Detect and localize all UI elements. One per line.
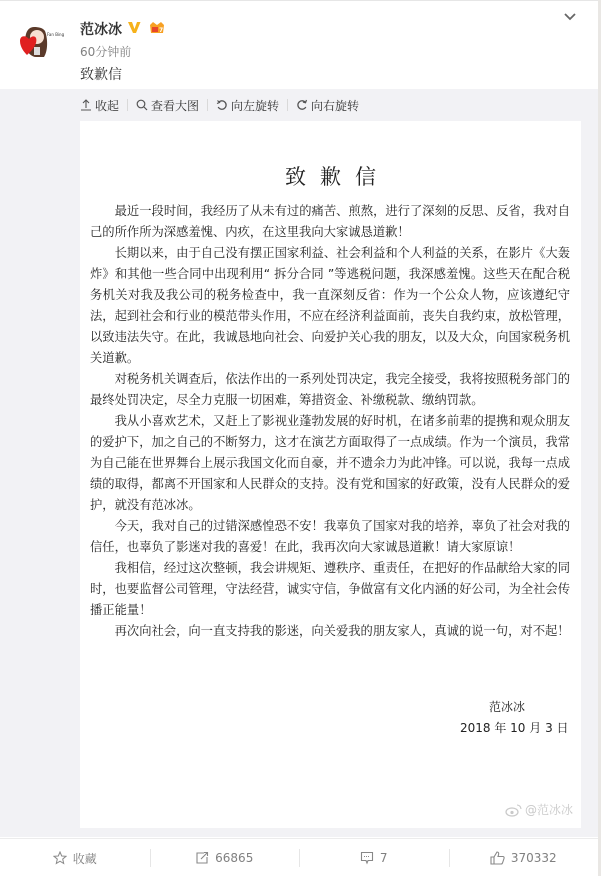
comment-icon bbox=[360, 851, 374, 865]
svg-text:7: 7 bbox=[159, 27, 163, 34]
rotate-left-icon bbox=[216, 99, 228, 111]
username[interactable]: 范冰冰 bbox=[80, 19, 122, 39]
chevron-down-icon[interactable] bbox=[562, 11, 578, 23]
rotate-right-button[interactable]: 向右旋转 bbox=[296, 97, 359, 114]
comment-count: 7 bbox=[380, 851, 388, 865]
action-bar: 收藏 66865 7 370332 bbox=[0, 838, 598, 876]
like-button[interactable]: 370332 bbox=[449, 847, 599, 869]
letter-signature: 范冰冰 bbox=[489, 698, 525, 715]
rotate-right-icon bbox=[296, 99, 308, 111]
weibo-watermark: @范冰冰 bbox=[505, 801, 573, 818]
post-time[interactable]: 60分钟前 bbox=[80, 43, 131, 60]
verified-v-icon bbox=[126, 19, 142, 35]
toolbar-divider bbox=[127, 99, 128, 111]
like-count: 370332 bbox=[511, 851, 557, 865]
letter-image[interactable]: 致歉信 最近一段时间，我经历了从未有过的痛苦、煎熬，进行了深刻的反思、反省，我对… bbox=[80, 121, 581, 828]
letter-body: 最近一段时间，我经历了从未有过的痛苦、煎熬，进行了深刻的反思、反省，我对自己的所… bbox=[90, 201, 570, 642]
rotate-right-label: 向右旋转 bbox=[311, 97, 359, 114]
repost-icon bbox=[195, 851, 209, 865]
letter-paragraph: 最近一段时间，我经历了从未有过的痛苦、煎熬，进行了深刻的反思、反省，我对自己的所… bbox=[90, 201, 570, 243]
view-large-label: 查看大图 bbox=[151, 97, 199, 114]
letter-paragraph: 我相信，经过这次整顿，我会讲规矩、遵秩序、重责任，在把好的作品献给大家的同时，也… bbox=[90, 558, 570, 621]
collapse-up-icon bbox=[80, 99, 92, 111]
image-toolbar: 收起 查看大图 向左旋转 向右旋转 bbox=[80, 97, 359, 113]
letter-paragraph: 再次向社会，向一直支持我的影迷，向关爱我的朋友家人，真诚的说一句，对不起！ bbox=[90, 621, 570, 642]
view-large-button[interactable]: 查看大图 bbox=[136, 97, 199, 114]
repost-count: 66865 bbox=[215, 851, 253, 865]
watermark-text: @范冰冰 bbox=[525, 801, 573, 818]
letter-paragraph: 我从小喜欢艺术，又赶上了影视业蓬勃发展的好时机，在诸多前辈的提携和观众朋友的爱护… bbox=[90, 411, 570, 516]
collapse-label: 收起 bbox=[95, 97, 119, 114]
post-text: 致歉信 bbox=[80, 64, 122, 84]
letter-date: 2018 年 10 月 3 日 bbox=[460, 719, 569, 736]
toolbar-divider bbox=[207, 99, 208, 111]
star-icon bbox=[53, 851, 67, 865]
collapse-button[interactable]: 收起 bbox=[80, 97, 119, 114]
favorite-button[interactable]: 收藏 bbox=[0, 847, 150, 869]
toolbar-divider bbox=[287, 99, 288, 111]
avatar-caption: Fan Bingbing bbox=[47, 32, 64, 37]
post-header: Fan Bingbing 范冰冰 7 60分钟前 致歉信 bbox=[0, 0, 598, 89]
favorite-label: 收藏 bbox=[73, 850, 97, 867]
thumbs-up-icon bbox=[490, 851, 505, 865]
letter-title: 致歉信 bbox=[80, 161, 581, 191]
avatar[interactable]: Fan Bingbing bbox=[12, 13, 64, 65]
rotate-left-button[interactable]: 向左旋转 bbox=[216, 97, 279, 114]
letter-paragraph: 长期以来，由于自己没有摆正国家利益、社会利益和个人利益的关系，在影片《大轰炸》和… bbox=[90, 243, 570, 369]
avatar-illustration-icon: Fan Bingbing bbox=[12, 13, 64, 65]
comment-button[interactable]: 7 bbox=[299, 847, 449, 869]
rotate-left-label: 向左旋转 bbox=[231, 97, 279, 114]
letter-paragraph: 对税务机关调查后，依法作出的一系列处罚决定，我完全接受，我将按照税务部门的最终处… bbox=[90, 369, 570, 411]
repost-button[interactable]: 66865 bbox=[150, 847, 300, 869]
weibo-logo-icon bbox=[505, 803, 523, 817]
crown-icon[interactable]: 7 bbox=[148, 18, 166, 36]
search-icon bbox=[136, 99, 148, 111]
letter-paragraph: 今天，我对自己的过错深感惶恐不安！我辜负了国家对我的培养，辜负了社会对我的信任，… bbox=[90, 516, 570, 558]
